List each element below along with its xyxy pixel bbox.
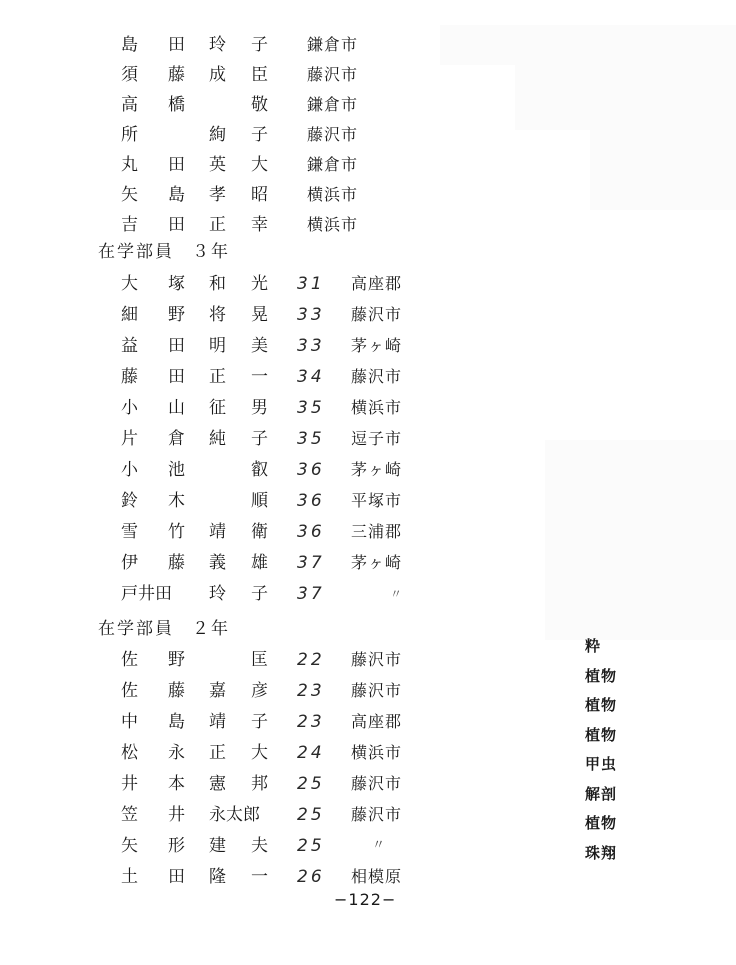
specialty-item: 植物 xyxy=(585,721,645,751)
surname-2: 藤 xyxy=(168,548,185,578)
city: 三浦郡 xyxy=(351,517,402,547)
surname-2: 田 xyxy=(168,150,185,180)
given-1: 純 xyxy=(209,424,226,454)
surname-2: 井 xyxy=(168,800,185,830)
age: 26 xyxy=(297,862,325,892)
given-2: 子 xyxy=(251,579,268,609)
surname-1: 大 xyxy=(121,269,138,299)
city: 藤沢市 xyxy=(307,120,358,150)
city: 横浜市 xyxy=(351,393,402,423)
surname-2: 島 xyxy=(168,707,185,737)
city: 藤沢市 xyxy=(351,769,402,799)
age: 34 xyxy=(297,362,325,392)
scan-patch xyxy=(545,440,736,640)
surname-1: 矢 xyxy=(121,831,138,861)
surname-1: 島 xyxy=(121,30,138,60)
surname-2: 倉 xyxy=(168,424,185,454)
surname-1: 佐 xyxy=(121,676,138,706)
age: 36 xyxy=(297,486,325,516)
given-1: 将 xyxy=(209,300,226,330)
city: 茅ヶ崎 xyxy=(351,331,402,361)
surname-1: 細 xyxy=(121,300,138,330)
city: 高座郡 xyxy=(351,269,402,299)
surname-1: 雪 xyxy=(121,517,138,547)
specialty-item: 植物 xyxy=(585,691,645,721)
surname-2: 橋 xyxy=(168,90,185,120)
heading-grade: ２年 xyxy=(192,619,230,639)
given-1: 正 xyxy=(209,210,226,240)
surname-2: 池 xyxy=(168,455,185,485)
surname-1: 高 xyxy=(121,90,138,120)
ditto-mark: 〃 xyxy=(372,831,385,861)
given-1: 絢 xyxy=(209,120,226,150)
city: 横浜市 xyxy=(307,180,358,210)
age: 23 xyxy=(297,676,325,706)
city: 相模原 xyxy=(351,862,402,892)
city: 高座郡 xyxy=(351,707,402,737)
age: 37 xyxy=(297,548,325,578)
surname-2: 田 xyxy=(168,862,185,892)
specialty-item: 植物 xyxy=(585,662,645,692)
given-2: 幸 xyxy=(251,210,268,240)
surname-2: 藤 xyxy=(168,676,185,706)
section-heading-2nd-year: 在学部員２年 xyxy=(98,614,230,644)
given-1: 和 xyxy=(209,269,226,299)
surname-2: 野 xyxy=(168,645,185,675)
surname-2: 山 xyxy=(168,393,185,423)
city: 藤沢市 xyxy=(307,60,358,90)
city: 横浜市 xyxy=(307,210,358,240)
surname-1: 伊 xyxy=(121,548,138,578)
given-2: 美 xyxy=(251,331,268,361)
given-2: 邦 xyxy=(251,769,268,799)
age: 33 xyxy=(297,331,325,361)
surname-2: 塚 xyxy=(168,269,185,299)
specialty-column: 粋 植物 植物 植物 甲虫 解剖 植物 珠翔 xyxy=(585,632,645,868)
given-1: 孝 xyxy=(209,180,226,210)
given-1: 玲 xyxy=(209,30,226,60)
specialty-item: 珠翔 xyxy=(585,839,645,869)
age: 25 xyxy=(297,800,325,830)
given-1: 靖 xyxy=(209,517,226,547)
given-2: 男 xyxy=(251,393,268,423)
city: 鎌倉市 xyxy=(307,90,358,120)
given-2: 子 xyxy=(251,707,268,737)
age: 25 xyxy=(297,831,325,861)
age: 31 xyxy=(297,269,325,299)
surname-2: 木 xyxy=(168,486,185,516)
surname-1: 須 xyxy=(121,60,138,90)
given-2: 順 xyxy=(251,486,268,516)
surname-1: 丸 xyxy=(121,150,138,180)
given-2: 大 xyxy=(251,150,268,180)
given-2: 子 xyxy=(251,30,268,60)
given-1: 靖 xyxy=(209,707,226,737)
ditto-mark: 〃 xyxy=(390,579,402,609)
given-1: 隆 xyxy=(209,862,226,892)
city: 藤沢市 xyxy=(351,800,402,830)
city: 平塚市 xyxy=(351,486,402,516)
surname-1: 土 xyxy=(121,862,138,892)
surname-2: 竹 xyxy=(168,517,185,547)
age: 33 xyxy=(297,300,325,330)
age: 36 xyxy=(297,455,325,485)
surname-1: 井 xyxy=(121,769,138,799)
heading-label: 在学部員 xyxy=(98,619,174,639)
surname-1: 松 xyxy=(121,738,138,768)
given-2: 夫 xyxy=(251,831,268,861)
surname-2: 田 xyxy=(168,210,185,240)
city: 茅ヶ崎 xyxy=(351,455,402,485)
city: 藤沢市 xyxy=(351,645,402,675)
specialty-item: 植物 xyxy=(585,809,645,839)
given-2: 敬 xyxy=(251,90,268,120)
surname-1: 益 xyxy=(121,331,138,361)
age: 25 xyxy=(297,769,325,799)
surname-1: 小 xyxy=(121,393,138,423)
surname-2: 島 xyxy=(168,180,185,210)
city: 逗子市 xyxy=(351,424,402,454)
specialty-item: 解剖 xyxy=(585,780,645,810)
given-1: 正 xyxy=(209,738,226,768)
given-2: 匡 xyxy=(251,645,268,675)
surname-1: 佐 xyxy=(121,645,138,675)
age: 23 xyxy=(297,707,325,737)
given-2: 雄 xyxy=(251,548,268,578)
given-2: 晃 xyxy=(251,300,268,330)
city: 鎌倉市 xyxy=(307,150,358,180)
specialty-item: 甲虫 xyxy=(585,750,645,780)
scan-patch xyxy=(590,130,736,210)
surname-1: 中 xyxy=(121,707,138,737)
age: 22 xyxy=(297,645,325,675)
given-2: 一 xyxy=(251,362,268,392)
scan-patch xyxy=(515,60,736,130)
given-1: 英 xyxy=(209,150,226,180)
given-1: 嘉 xyxy=(209,676,226,706)
given-2: 臣 xyxy=(251,60,268,90)
city: 茅ヶ崎 xyxy=(351,548,402,578)
surname-1: 小 xyxy=(121,455,138,485)
surname-1: 矢 xyxy=(121,180,138,210)
age: 36 xyxy=(297,517,325,547)
surname-2: 本 xyxy=(168,769,185,799)
specialty-item: 粋 xyxy=(585,632,645,662)
given-2: 一 xyxy=(251,862,268,892)
given-2: 彦 xyxy=(251,676,268,706)
surname-1: 吉 xyxy=(121,210,138,240)
given-1: 征 xyxy=(209,393,226,423)
given-2: 子 xyxy=(251,120,268,150)
given-2: 昭 xyxy=(251,180,268,210)
given-1: 憲 xyxy=(209,769,226,799)
surname-1: 片 xyxy=(121,424,138,454)
given-1: 成 xyxy=(209,60,226,90)
city: 藤沢市 xyxy=(351,362,402,392)
surname-2: 藤 xyxy=(168,60,185,90)
city: 藤沢市 xyxy=(351,300,402,330)
given-2: 衛 xyxy=(251,517,268,547)
surname-1: 所 xyxy=(121,120,138,150)
heading-grade: ３年 xyxy=(192,242,230,262)
given-2: 子 xyxy=(251,424,268,454)
age: 35 xyxy=(297,393,325,423)
city: 横浜市 xyxy=(351,738,402,768)
surname-2: 田 xyxy=(168,362,185,392)
surname: 戸井田 xyxy=(121,579,172,609)
given-2: 光 xyxy=(251,269,268,299)
given-1: 正 xyxy=(209,362,226,392)
surname-1: 鈴 xyxy=(121,486,138,516)
surname-2: 田 xyxy=(168,331,185,361)
surname-2: 形 xyxy=(168,831,185,861)
city: 鎌倉市 xyxy=(307,30,358,60)
surname-2: 永 xyxy=(168,738,185,768)
surname-2: 田 xyxy=(168,30,185,60)
page-number: −122− xyxy=(334,890,396,909)
given-1: 玲 xyxy=(209,579,226,609)
city: 藤沢市 xyxy=(351,676,402,706)
surname-1: 藤 xyxy=(121,362,138,392)
scan-patch xyxy=(440,25,736,65)
given-name: 永太郎 xyxy=(209,800,260,830)
given-2: 叡 xyxy=(251,455,268,485)
age: 35 xyxy=(297,424,325,454)
given-1: 建 xyxy=(209,831,226,861)
age: 24 xyxy=(297,738,325,768)
surname-2: 野 xyxy=(168,300,185,330)
heading-label: 在学部員 xyxy=(98,242,174,262)
surname-1: 笠 xyxy=(121,800,138,830)
given-2: 大 xyxy=(251,738,268,768)
given-1: 義 xyxy=(209,548,226,578)
age: 37 xyxy=(297,579,325,609)
given-1: 明 xyxy=(209,331,226,361)
section-heading-3rd-year: 在学部員３年 xyxy=(98,237,230,267)
